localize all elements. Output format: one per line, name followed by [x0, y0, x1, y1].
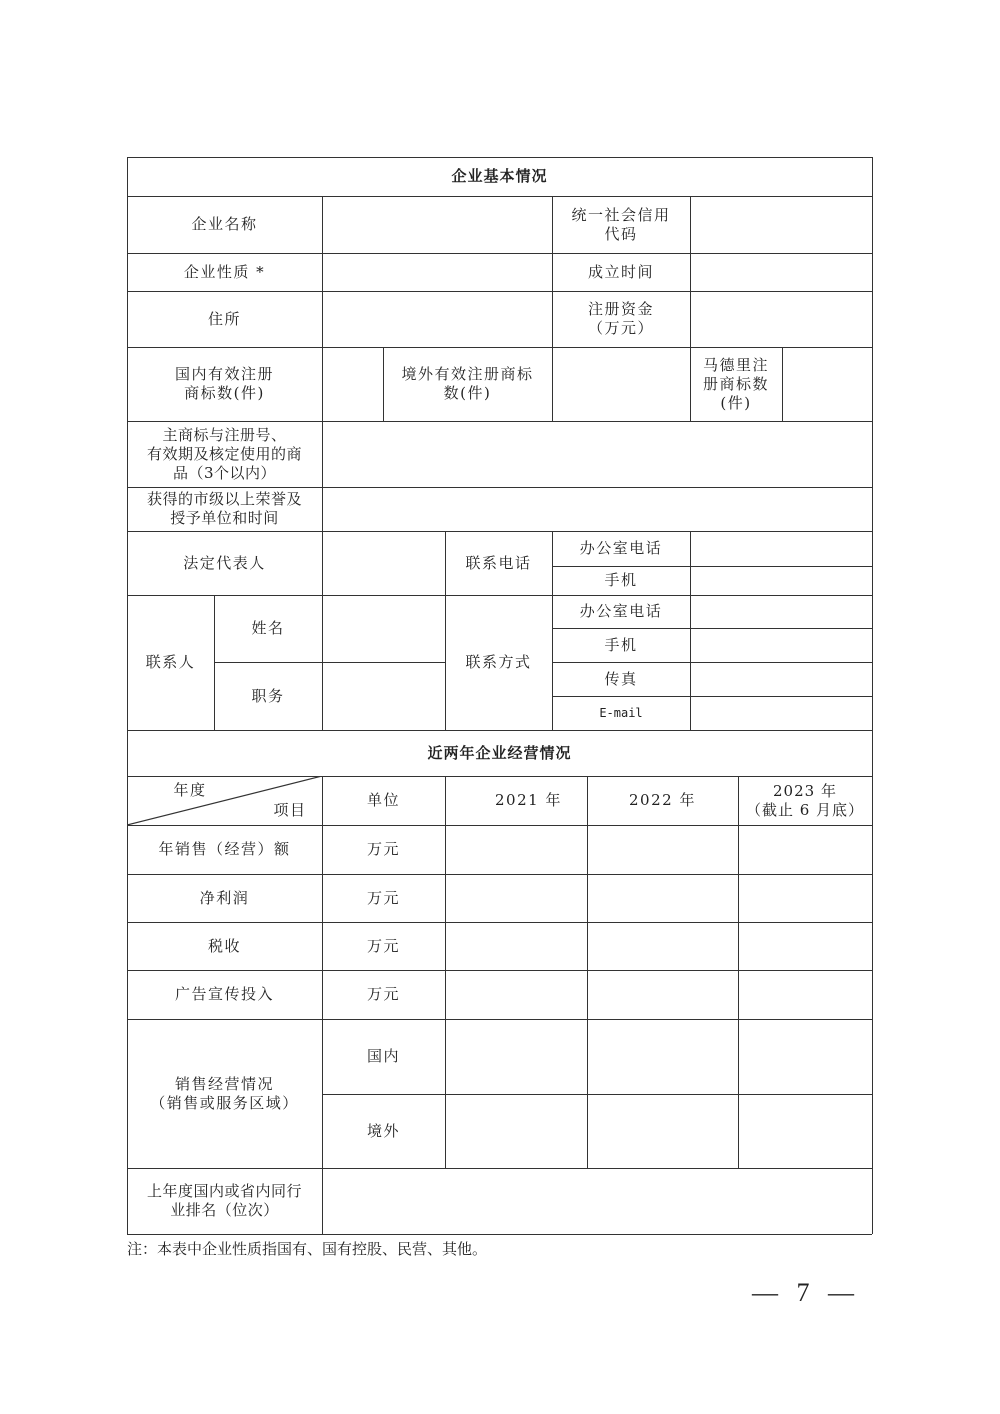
- field-established[interactable]: [690, 253, 872, 291]
- row-label-sales: 年销售（经营）额: [127, 825, 322, 874]
- field-sales-2021[interactable]: [445, 825, 587, 874]
- field-mobile-2[interactable]: [690, 628, 872, 662]
- field-main-trademark[interactable]: [322, 421, 872, 487]
- field-registered-capital[interactable]: [690, 291, 872, 347]
- header-year-2022: 2022 年: [587, 776, 738, 825]
- header-year-2023: 2023 年 （截止 6 月底）: [738, 776, 872, 825]
- label-domestic: 国内: [322, 1019, 445, 1094]
- field-contact-position[interactable]: [322, 662, 445, 730]
- field-advertising-2022[interactable]: [587, 970, 738, 1019]
- field-advertising-2023[interactable]: [738, 970, 872, 1019]
- label-legal-representative: 法定代表人: [127, 531, 322, 595]
- field-domestic-2021[interactable]: [445, 1019, 587, 1094]
- label-contact-name: 姓名: [214, 595, 322, 662]
- field-credit-code[interactable]: [690, 196, 872, 253]
- table-border-bottom: [127, 1234, 872, 1235]
- field-mobile[interactable]: [690, 566, 872, 595]
- header-unit: 单位: [322, 776, 445, 825]
- field-company-nature[interactable]: [322, 253, 552, 291]
- field-legal-representative[interactable]: [322, 531, 445, 595]
- label-established: 成立时间: [552, 253, 690, 291]
- field-overseas-2021[interactable]: [445, 1094, 587, 1168]
- label-madrid-trademarks: 马德里注 册商标数 (件): [690, 347, 782, 421]
- field-tax-2021[interactable]: [445, 922, 587, 970]
- label-overseas: 境外: [322, 1094, 445, 1168]
- table-border-right: [872, 157, 873, 1234]
- field-overseas-2023[interactable]: [738, 1094, 872, 1168]
- field-madrid-trademarks[interactable]: [782, 347, 872, 421]
- field-net-profit-2023[interactable]: [738, 874, 872, 922]
- field-overseas-trademarks[interactable]: [552, 347, 690, 421]
- label-contact-phone: 联系电话: [445, 531, 552, 595]
- label-company-name: 企业名称: [127, 196, 322, 253]
- label-contact-position: 职务: [214, 662, 322, 730]
- footnote: 注：本表中企业性质指国有、国有控股、民营、其他。: [127, 1238, 487, 1259]
- row-unit-advertising: 万元: [322, 970, 445, 1019]
- field-honors[interactable]: [322, 487, 872, 531]
- field-office-phone-2[interactable]: [690, 595, 872, 628]
- field-tax-2022[interactable]: [587, 922, 738, 970]
- label-overseas-trademarks: 境外有效注册商标 数(件): [383, 347, 552, 421]
- label-contact-method: 联系方式: [445, 595, 552, 730]
- row-unit-tax: 万元: [322, 922, 445, 970]
- field-fax[interactable]: [690, 662, 872, 696]
- label-office-phone-2: 办公室电话: [552, 595, 690, 628]
- label-company-nature: 企业性质 *: [127, 253, 322, 291]
- row-unit-net-profit: 万元: [322, 874, 445, 922]
- header-item-label: 项目: [260, 799, 320, 821]
- field-domestic-2023[interactable]: [738, 1019, 872, 1094]
- row-label-net-profit: 净利润: [127, 874, 322, 922]
- field-email[interactable]: [690, 696, 872, 730]
- field-ranking[interactable]: [322, 1168, 872, 1234]
- field-office-phone[interactable]: [690, 531, 872, 566]
- header-year-label: 年度: [160, 779, 220, 801]
- label-mobile-2: 手机: [552, 628, 690, 662]
- label-registered-capital: 注册资金 （万元）: [552, 291, 690, 347]
- field-address[interactable]: [322, 291, 552, 347]
- label-fax: 传真: [552, 662, 690, 696]
- row-label-sales-region: 销售经营情况 （销售或服务区域）: [127, 1019, 322, 1168]
- label-email: E-mail: [552, 696, 690, 730]
- field-net-profit-2021[interactable]: [445, 874, 587, 922]
- row-unit-sales: 万元: [322, 825, 445, 874]
- row-label-advertising: 广告宣传投入: [127, 970, 322, 1019]
- page-number: — 7 —: [752, 1278, 860, 1308]
- label-contact-person: 联系人: [127, 595, 214, 730]
- field-advertising-2021[interactable]: [445, 970, 587, 1019]
- row-label-ranking: 上年度国内或省内同行 业排名（位次）: [127, 1168, 322, 1234]
- field-overseas-2022[interactable]: [587, 1094, 738, 1168]
- field-contact-name[interactable]: [322, 595, 445, 662]
- section-title-operations: 近两年企业经营情况: [127, 730, 872, 776]
- label-domestic-trademarks: 国内有效注册 商标数(件): [127, 347, 322, 421]
- field-domestic-trademarks[interactable]: [322, 347, 383, 421]
- section-title-basic-info: 企业基本情况: [127, 157, 872, 196]
- label-address: 住所: [127, 291, 322, 347]
- field-sales-2022[interactable]: [587, 825, 738, 874]
- field-company-name[interactable]: [322, 196, 552, 253]
- label-office-phone: 办公室电话: [552, 531, 690, 566]
- label-honors: 获得的市级以上荣誉及 授予单位和时间: [127, 487, 322, 531]
- field-net-profit-2022[interactable]: [587, 874, 738, 922]
- label-main-trademark: 主商标与注册号、 有效期及核定使用的商 品（3个以内）: [127, 421, 322, 487]
- field-sales-2023[interactable]: [738, 825, 872, 874]
- field-domestic-2022[interactable]: [587, 1019, 738, 1094]
- row-label-tax: 税收: [127, 922, 322, 970]
- label-credit-code: 统一社会信用 代码: [552, 196, 690, 253]
- field-tax-2023[interactable]: [738, 922, 872, 970]
- label-mobile: 手机: [552, 566, 690, 595]
- header-year-2021: 2021 年: [470, 776, 587, 825]
